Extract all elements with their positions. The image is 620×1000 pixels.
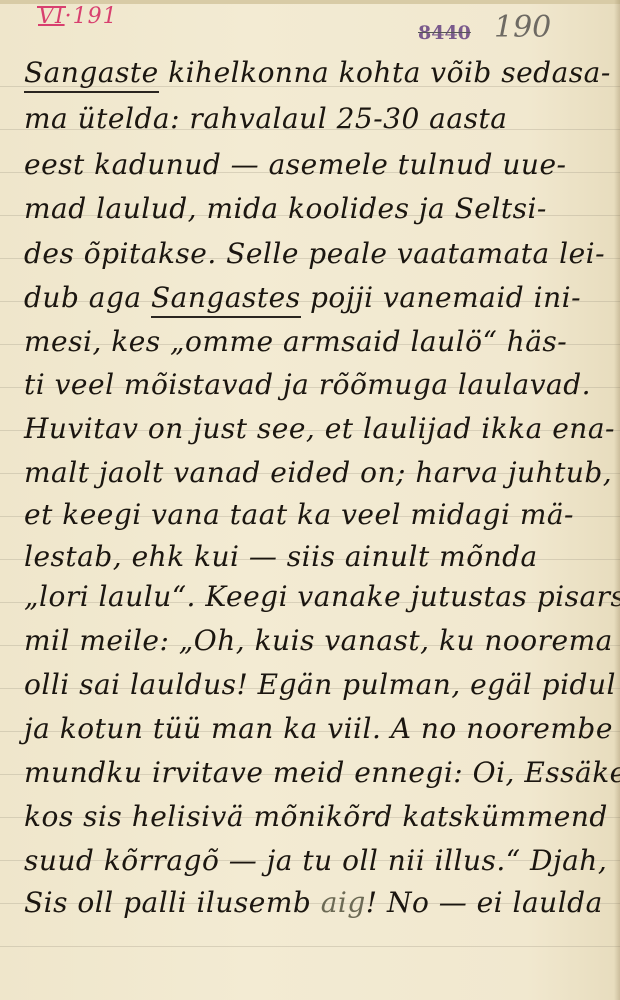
text-line-9: Huvitav on just see, et laulijad ikka en… [24, 412, 612, 445]
struck-stamp-number: 8440 [418, 22, 471, 44]
text-line-20-rest: ! No — ei laulda [366, 886, 603, 919]
archive-mark-number: 191 [73, 4, 118, 29]
text-line-6: dub aga Sangastes pojji vanemaid ini- [24, 281, 612, 314]
faded-word: aig [321, 886, 366, 919]
text-line-16: ja kotun tüü man ka viil. A no noorembe [24, 712, 612, 745]
text-line-1: Sangaste kihelkonna kohta võib sedasa- [24, 56, 612, 89]
archive-mark-roman: VI [38, 4, 65, 29]
ruling-line [0, 946, 620, 947]
text-line-14: mil meile: „Oh, kuis vanast, ku noorema [24, 624, 612, 657]
page-number: 190 [494, 10, 551, 45]
text-line-20: Sis oll palli ilusemb aig! No — ei lauld… [24, 886, 612, 919]
underlined-word: Sangaste [24, 56, 159, 93]
text-line-7: mesi, kes „omme armsaid laulö“ häs- [24, 325, 612, 358]
text-line-8: ti veel mõistavad ja rõõmuga laulavad. [24, 368, 612, 401]
text-line-6-start: dub aga [24, 281, 151, 314]
manuscript-page: VI·191 8440 190 Sangaste kihelkonna koht… [0, 0, 620, 1000]
text-line-3: eest kadunud — asemele tulnud uue- [24, 148, 612, 181]
archive-mark: VI·191 [38, 4, 118, 29]
text-line-2: ma ütelda: rahvalaul 25-30 aasta [24, 102, 612, 135]
text-line-6-rest: pojji vanemaid ini- [301, 281, 581, 314]
archive-mark-separator: · [65, 4, 73, 29]
text-line-4: mad laulud, mida koolides ja Seltsi- [24, 192, 612, 225]
text-line-18: kos sis helisivä mõnikõrd katskümmend [24, 800, 612, 833]
text-line-17: mundku irvitave meid ennegi: Oi, Essäken… [24, 756, 612, 789]
underlined-word: Sangastes [151, 281, 301, 318]
text-line-13: „lori laulu“. Keegi vanake jutustas pisa… [24, 580, 612, 613]
text-line-19: suud kõrragõ — ja tu oll nii illus.“ Dja… [24, 844, 612, 877]
text-line-15: olli sai lauldus! Egän pulman, egäl pidu… [24, 668, 612, 701]
text-line-10: malt jaolt vanad eided on; harva juhtub, [24, 456, 612, 489]
text-line-12: lestab, ehk kui — siis ainult mõnda [24, 540, 612, 573]
text-line-1-rest: kihelkonna kohta võib sedasa- [159, 56, 611, 89]
text-line-11: et keegi vana taat ka veel midagi mä- [24, 498, 612, 531]
text-line-5: des õpitakse. Selle peale vaatamata lei- [24, 237, 612, 270]
text-line-20-start: Sis oll palli ilusemb [24, 886, 321, 919]
